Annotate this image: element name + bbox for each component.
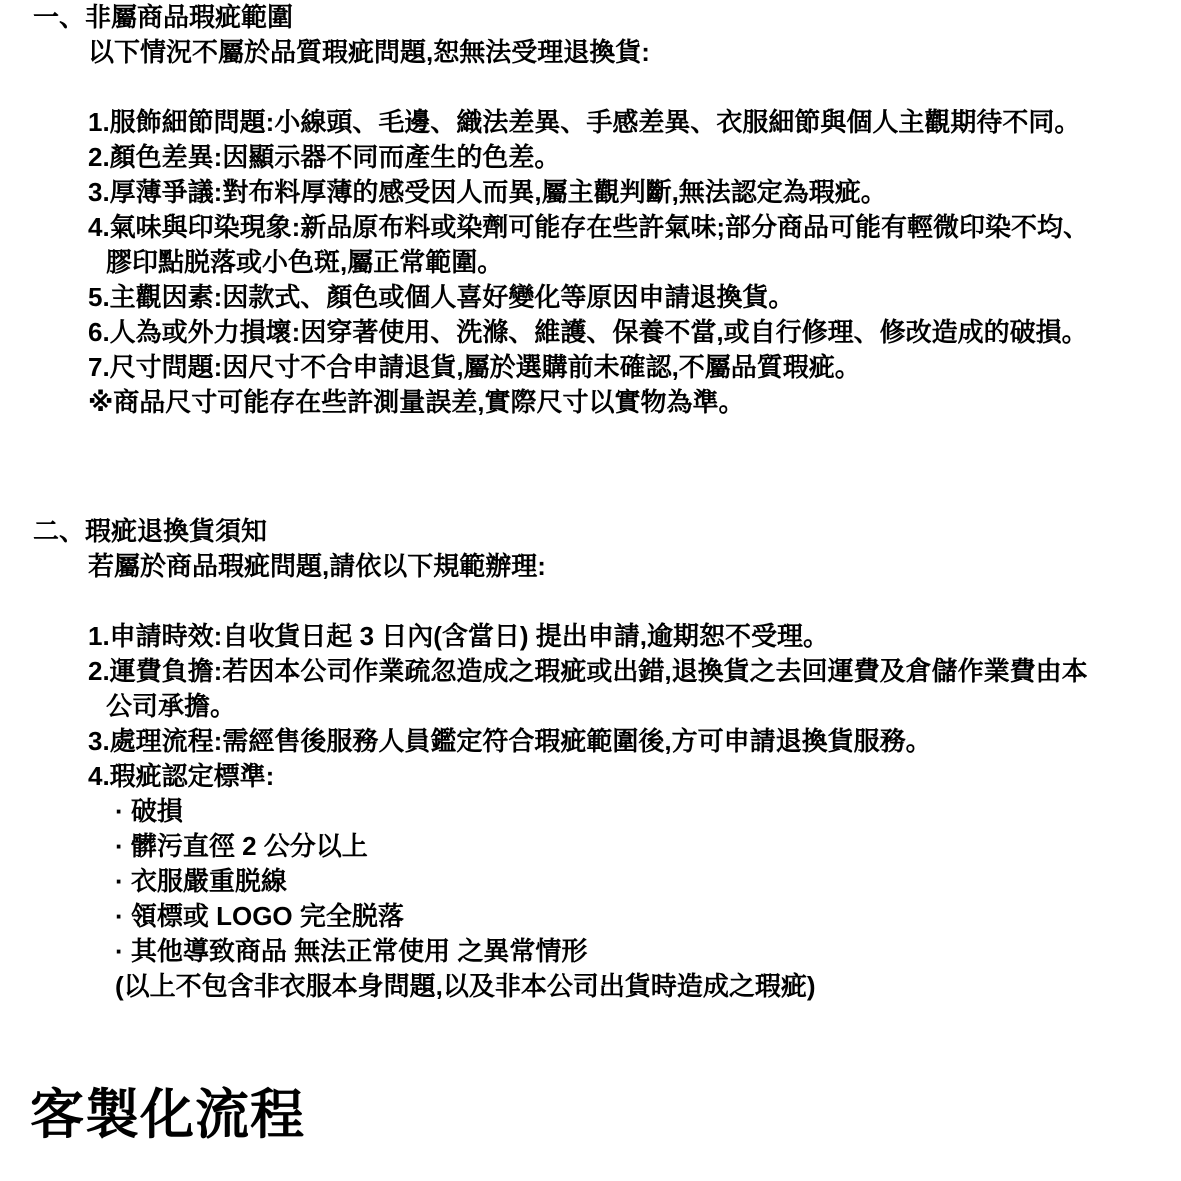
notice-line-4: 4.瑕疵認定標準: [0,759,1181,794]
notice-line-3: 3.處理流程:需經售後服務人員鑑定符合瑕疵範圍後,方可申請退換貨服務。 [0,724,1181,759]
defect-criterion-1: · 破損 [0,794,1181,829]
section1-heading: 一、非屬商品瑕疵範圍 [0,0,1181,35]
spacer [0,70,1181,105]
return-policy-document: 一、非屬商品瑕疵範圍 以下情況不屬於品質瑕疵問題,恕無法受理退換貨: 1.服飾細… [0,0,1181,1181]
policy-line-7: 7.尺寸問題:因尺寸不合申請退貨,屬於選購前未確認,不屬品質瑕疵。 [0,350,1181,385]
policy-line-1: 1.服飾細節問題:小線頭、毛邊、織法差異、手感差異、衣服細節與個人主觀期待不同。 [0,105,1181,140]
policy-line-2: 2.顏色差異:因顯示器不同而產生的色差。 [0,140,1181,175]
policy-line-5: 5.主觀因素:因款式、顏色或個人喜好變化等原因申請退換貨。 [0,280,1181,315]
notice-line-1: 1.申請時效:自收貨日起 3 日內(含當日) 提出申請,逾期恕不受理。 [0,619,1181,654]
defect-criteria-exclusion-note: (以上不包含非衣服本身問題,以及非本公司出貨時造成之瑕疵) [0,969,1181,1004]
policy-line-6: 6.人為或外力損壞:因穿著使用、洗滌、維護、保養不當,或自行修理、修改造成的破損… [0,315,1181,350]
section1-intro: 以下情況不屬於品質瑕疵問題,恕無法受理退換貨: [0,35,1181,70]
notice-line-2: 2.運費負擔:若因本公司作業疏忽造成之瑕疵或出錯,退換貨之去回運費及倉儲作業費由… [0,654,1181,689]
defect-criterion-2: · 髒污直徑 2 公分以上 [0,829,1181,864]
defect-criterion-5: · 其他導致商品 無法正常使用 之異常情形 [0,934,1181,969]
defect-criterion-3: · 衣服嚴重脱線 [0,864,1181,899]
section2-heading: 二、瑕疵退換貨須知 [0,514,1181,549]
section2-intro: 若屬於商品瑕疵問題,請依以下規範辦理: [0,549,1181,584]
notice-line-2-continued: 公司承擔。 [0,689,1181,724]
defect-criterion-4: · 領標或 LOGO 完全脱落 [0,899,1181,934]
section-non-defect-scope: 一、非屬商品瑕疵範圍 以下情況不屬於品質瑕疵問題,恕無法受理退換貨: 1.服飾細… [0,0,1181,420]
size-tolerance-note: ※商品尺寸可能存在些許測量誤差,實際尺寸以實物為準。 [0,385,1181,420]
policy-line-3: 3.厚薄爭議:對布料厚薄的感受因人而異,屬主觀判斷,無法認定為瑕疵。 [0,175,1181,210]
customization-process-heading: 客製化流程 [0,1084,1181,1146]
spacer [0,584,1181,619]
policy-line-4: 4.氣味與印染現象:新品原布料或染劑可能存在些許氣味;部分商品可能有輕微印染不均… [0,210,1181,245]
section-defect-return-notice: 二、瑕疵退換貨須知 若屬於商品瑕疵問題,請依以下規範辦理: 1.申請時效:自收貨… [0,514,1181,1004]
policy-line-4-continued: 膠印點脱落或小色斑,屬正常範圍。 [0,245,1181,280]
